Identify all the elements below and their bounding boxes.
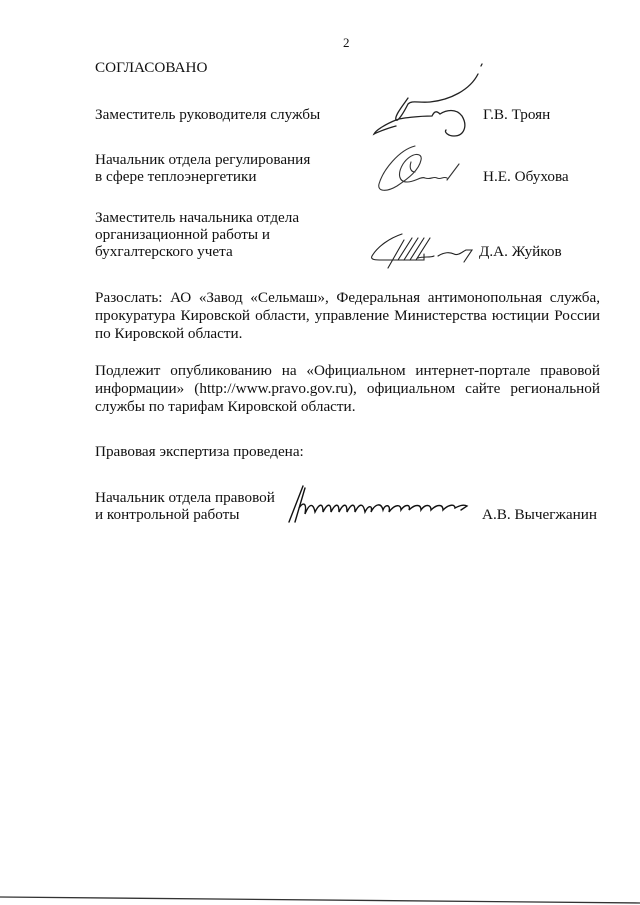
scan-edge-line <box>0 894 640 905</box>
legal-reviewer-position-line-2: и контрольной работы <box>95 506 240 524</box>
signature-3 <box>368 228 483 270</box>
signature-2 <box>375 142 475 194</box>
signature-4 <box>285 484 475 526</box>
legal-reviewer-name: А.В. Вычегжанин <box>482 506 597 524</box>
approver-3-position-line-2: организационной работы и <box>95 226 270 244</box>
approver-3-position-line-3: бухгалтерского учета <box>95 243 233 261</box>
approver-3-position-line-1: Заместитель начальника отдела <box>95 209 299 227</box>
distribution-paragraph: Разослать: АО «Завод «Сельмаш», Федераль… <box>95 289 600 344</box>
page-number: 2 <box>343 34 350 52</box>
approver-2-name: Н.Е. Обухова <box>483 168 569 186</box>
approver-1-position: Заместитель руководителя службы <box>95 106 320 124</box>
approver-1-name: Г.В. Троян <box>483 106 550 124</box>
signature-1 <box>370 60 490 150</box>
legal-reviewer-position-line-1: Начальник отдела правовой <box>95 489 275 507</box>
publication-paragraph: Подлежит опубликованию на «Официальном и… <box>95 362 600 417</box>
approver-2-position-line-1: Начальник отдела регулирования <box>95 151 310 169</box>
approver-3-name: Д.А. Жуйков <box>479 243 562 261</box>
legal-review-label: Правовая экспертиза проведена: <box>95 443 304 461</box>
approver-2-position-line-2: в сфере теплоэнергетики <box>95 168 257 186</box>
approval-heading: СОГЛАСОВАНО <box>95 59 207 77</box>
